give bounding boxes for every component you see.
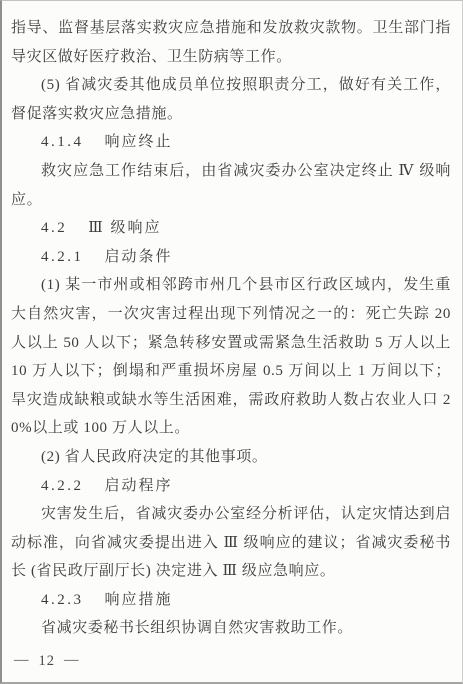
section-number: 4.2.3 [41, 592, 84, 608]
section-title: Ⅲ 级响应 [88, 220, 161, 236]
document-page: 指导、监督基层落实救灾应急措施和发放救灾款物。卫生部门指导灾区做好医疗救治、卫生… [0, 0, 463, 684]
section-number: 4.2 [41, 220, 67, 236]
section-heading: 4.1.4响应终止 [11, 128, 451, 157]
section-heading: 4.2Ⅲ 级响应 [11, 214, 451, 243]
section-number: 4.1.4 [41, 134, 84, 150]
paragraph: 省减灾委秘书长组织协调自然灾害救助工作。 [11, 614, 451, 643]
section-heading: 4.2.1启动条件 [11, 243, 451, 272]
footer-dash-right: — [64, 652, 80, 668]
page-number: 12 [39, 653, 56, 669]
section-number: 4.2.2 [41, 478, 84, 494]
paragraph: (2) 省人民政府决定的其他事项。 [11, 443, 451, 472]
paragraph: 救灾应急工作结束后，由省减灾委办公室决定终止 Ⅳ 级响应。 [11, 157, 451, 214]
section-title: 启动条件 [105, 249, 173, 265]
section-title: 响应终止 [105, 134, 173, 150]
section-title: 响应措施 [105, 592, 173, 608]
paragraph: (1) 某一市州或相邻跨市州几个县市区行政区域内，发生重大自然灾害，一次灾害过程… [11, 271, 451, 443]
paragraph: 指导、监督基层落实救灾应急措施和发放救灾款物。卫生部门指导灾区做好医疗救治、卫生… [11, 14, 451, 71]
paragraph: (5) 省减灾委其他成员单位按照职责分工，做好有关工作，督促落实救灾应急措施。 [11, 71, 451, 128]
paragraph: 灾害发生后，省减灾委办公室经分析评估，认定灾情达到启动标准，向省减灾委提出进入 … [11, 500, 451, 586]
page-footer: —12— [14, 653, 80, 670]
document-body: 指导、监督基层落实救灾应急措施和发放救灾款物。卫生部门指导灾区做好医疗救治、卫生… [11, 14, 451, 643]
section-heading: 4.2.2启动程序 [11, 472, 451, 501]
section-title: 启动程序 [105, 478, 173, 494]
section-number: 4.2.1 [41, 249, 84, 265]
footer-dash-left: — [14, 652, 30, 668]
section-heading: 4.2.3响应措施 [11, 586, 451, 615]
